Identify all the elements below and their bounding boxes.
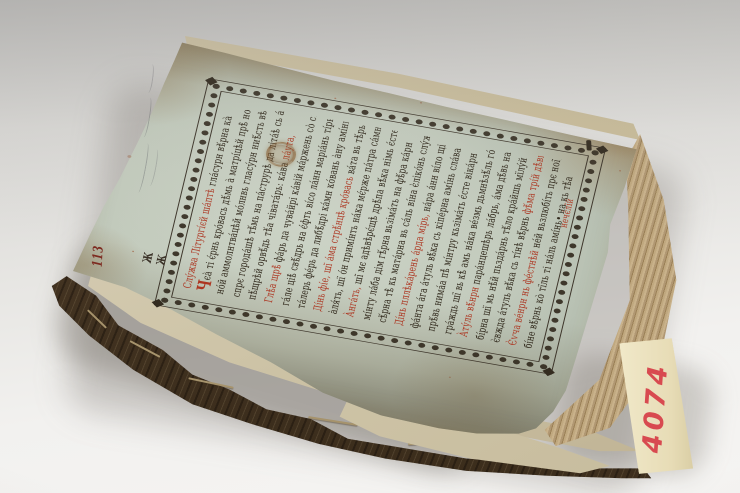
border-corner-finial xyxy=(586,140,592,151)
handwritten-number: 113 xyxy=(90,245,107,268)
pencil-scribble xyxy=(145,64,155,94)
photo-old-book: Слу́жва Літургі́єй ша́птѣ гла́сурн вѣ́рн… xyxy=(0,0,740,493)
inventory-label: 4074 xyxy=(616,334,695,478)
inventory-number: 4074 xyxy=(636,345,676,471)
